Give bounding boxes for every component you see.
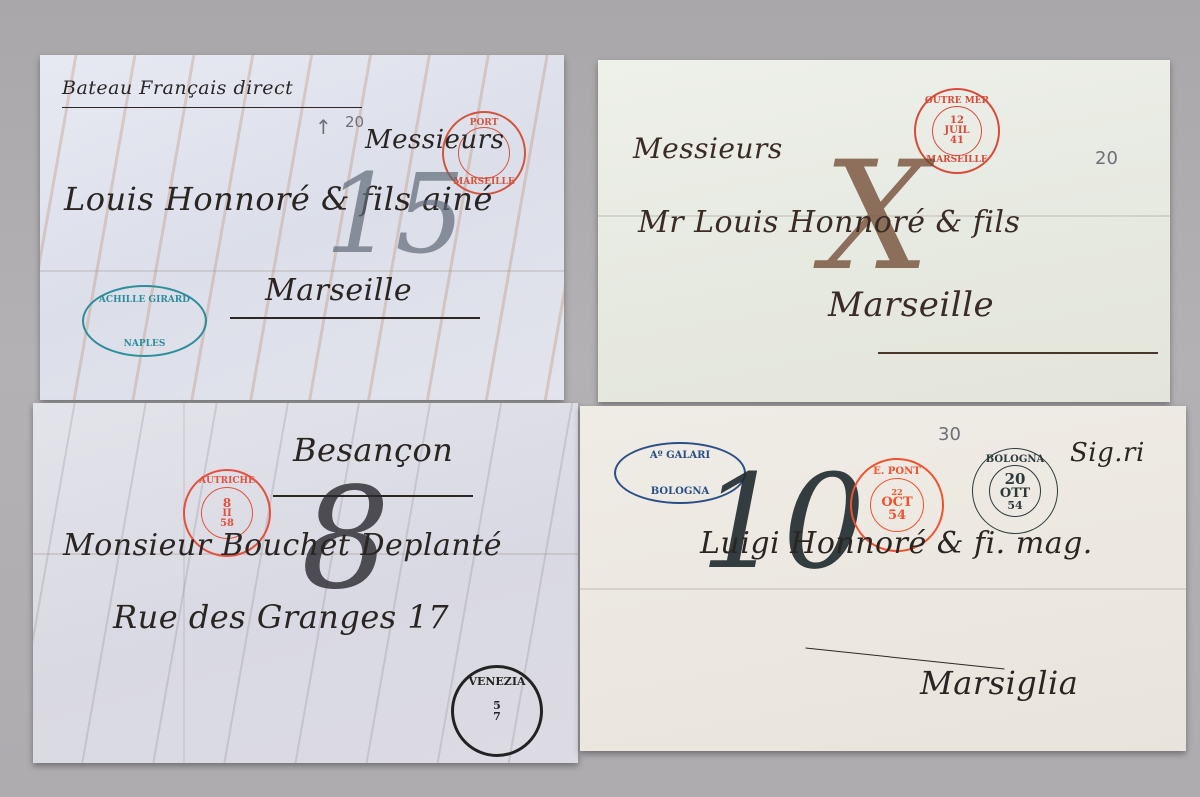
address-line-3: Marsiglia	[920, 664, 1078, 702]
cover-top-left: Bateau Français direct ↑ 20 PORT MARSEIL…	[40, 55, 564, 400]
address-line-2: Monsieur Bouchet Deplanté	[63, 528, 502, 563]
postmark-bologna: BOLOGNA 20 OTT 54	[972, 448, 1058, 534]
pencil-arrow: ↑	[315, 115, 332, 139]
address-line-3: Marseille	[265, 273, 412, 308]
routing-underline	[62, 107, 362, 108]
routing-note: Bateau Français direct	[62, 77, 293, 99]
pencil-number: 20	[345, 113, 364, 131]
fold-line	[40, 270, 564, 272]
flourish-line	[805, 648, 1004, 670]
cover-bottom-left: Besançon AUTRICHE 8 II 58 8 Monsieur Bou…	[33, 403, 578, 763]
address-line-1: Sig.ri	[1070, 438, 1145, 468]
pencil-number: 20	[1095, 148, 1118, 169]
postmark-venezia: VENEZIA 5 7	[451, 665, 543, 757]
fold-line	[580, 588, 1186, 590]
pencil-number: 30	[938, 424, 961, 445]
rate-mark: 15	[325, 150, 465, 278]
rate-mark: 10	[700, 446, 865, 598]
address-line-2: Mr Louis Honnoré & fils	[638, 205, 1020, 240]
cover-top-right: OUTRE MER 12 JUIL 41 MARSEILLE 20 Messie…	[598, 60, 1170, 402]
oval-cachet-naples: ACHILLE GIRARD NAPLES	[82, 285, 207, 357]
address-line-1: Messieurs	[633, 132, 783, 165]
address-line-3: Rue des Granges 17	[113, 598, 449, 636]
city-underline	[230, 317, 480, 319]
city-underline	[878, 352, 1158, 354]
address-line-2: Luigi Honnoré & fi. mag.	[700, 526, 1093, 561]
address-line-3: Marseille	[828, 285, 994, 325]
cover-bottom-right: 30 Aº GALARI BOLOGNA 10 E. PONT 22 OCT 5…	[580, 406, 1186, 751]
fold-line-vertical	[183, 403, 185, 763]
